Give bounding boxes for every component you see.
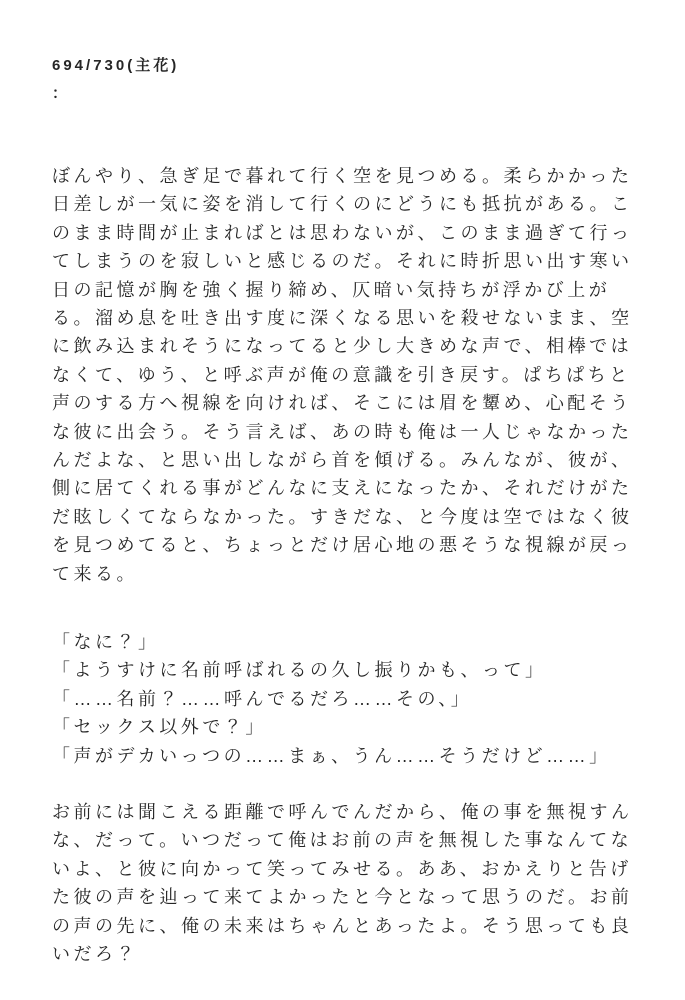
text-line: んだよな、と思い出しながら首を傾げる。みんなが、彼が、	[52, 446, 637, 474]
text-line: 「ようすけに名前呼ばれるの久し振りかも、って」	[52, 656, 637, 684]
text-line: に飲み込まれそうになってると少し大きめな声で、相棒では	[52, 332, 637, 360]
text-line: た彼の声を辿って来てよかったと今となって思うのだ。お前	[52, 883, 637, 911]
text-line: の声の先に、俺の未来はちゃんとあったよ。そう思っても良	[52, 912, 637, 940]
text-line: 声のする方へ視線を向ければ、そこには眉を顰め、心配そう	[52, 389, 637, 417]
text-line: 「セックス以外で？」	[52, 713, 637, 741]
text-line: る。溜め息を吐き出す度に深くなる思いを殺せないまま、空	[52, 304, 637, 332]
text-line: だ眩しくてならなかった。すきだな、と今度は空ではなく彼	[52, 503, 637, 531]
text-line: 側に居てくれる事がどんなに支えになったか、それだけがた	[52, 474, 637, 502]
text-line: てしまうのを寂しいと感じるのだ。それに時折思い出す寒い	[52, 247, 637, 275]
text-line: なくて、ゆう、と呼ぶ声が俺の意識を引き戻す。ぱちぱちと	[52, 361, 637, 389]
text-line: な、だって。いつだって俺はお前の声を無視した事なんてな	[52, 826, 637, 854]
text-line: お前には聞こえる距離で呼んでんだから、俺の事を無視すん	[52, 798, 637, 826]
document-page: 694/730(主花) ： ぼんやり、急ぎ足で暮れて行く空を見つめる。柔らかかっ…	[0, 0, 685, 1000]
text-line: 「……名前？……呼んでるだろ……その、」	[52, 685, 637, 713]
text-line: を見つめてると、ちょっとだけ居心地の悪そうな視線が戻っ	[52, 531, 637, 559]
page-counter: 694/730(主花)	[52, 54, 179, 75]
narrative-paragraph-2: お前には聞こえる距離で呼んでんだから、俺の事を無視すんな、だって。いつだって俺は…	[52, 798, 637, 968]
dialogue-block: 「なに？」「ようすけに名前呼ばれるの久し振りかも、って」「……名前？……呼んでる…	[52, 628, 637, 770]
text-line: のまま時間が止まればとは思わないが、このまま過ぎて行っ	[52, 219, 637, 247]
text-line: な彼に出会う。そう言えば、あの時も俺は一人じゃなかった	[52, 418, 637, 446]
text-line: 「なに？」	[52, 628, 637, 656]
header-colon: ：	[52, 82, 67, 103]
text-line: 日差しが一気に姿を消して行くのにどうにも抵抗がある。こ	[52, 190, 637, 218]
text-line: 「声がデカいっつの……まぁ、うん……そうだけど……」	[52, 742, 637, 770]
text-line: いよ、と彼に向かって笑ってみせる。ああ、おかえりと告げ	[52, 855, 637, 883]
narrative-paragraph-1: ぼんやり、急ぎ足で暮れて行く空を見つめる。柔らかかった日差しが一気に姿を消して行…	[52, 162, 637, 588]
text-line: 日の記憶が胸を強く握り締め、仄暗い気持ちが浮かび上が	[52, 276, 637, 304]
text-line: いだろ？	[52, 940, 637, 968]
text-line: て来る。	[52, 560, 637, 588]
text-line: ぼんやり、急ぎ足で暮れて行く空を見つめる。柔らかかった	[52, 162, 637, 190]
